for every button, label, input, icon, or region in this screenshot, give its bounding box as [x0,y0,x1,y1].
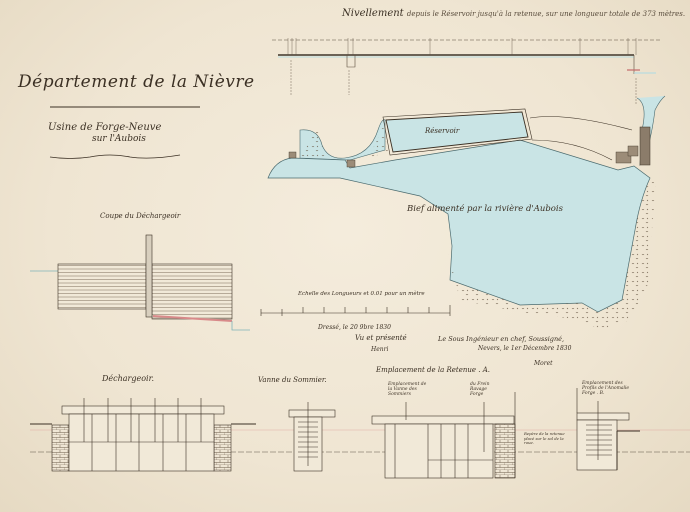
bief-label: Bief alimenté par la rivière d'Aubois [407,204,563,214]
engineer-note: Le Sous Ingénieur en chef, Soussigné, [438,335,564,343]
elevation-vanne [289,402,335,471]
drafted-date: Dressé, le 20 9bre 1830 [318,324,391,331]
leveling-title: Nivellement depuis le Réservoir jusqu'à … [342,8,685,19]
leveling-title-main: Nivellement [342,8,404,19]
elevation-emplacement-a [372,392,515,478]
section-coupe [30,235,250,330]
reservoir-label: Réservoir [425,127,459,135]
scale-label: Echelle des Longueurs et 0.01 pour un mè… [298,291,425,297]
emplacement-vanne-label: Emplacement de la Vanne des Sommiers [388,382,428,397]
leveling-profile [272,38,662,105]
dechargeoir-label: Déchargeoir. [102,374,154,383]
section-label: Coupe du Déchargeoir [100,212,180,220]
signature-presented: Vu et présenté [355,334,407,342]
emplacement-b-label: Emplacement des Profils de l'Anomalie Fo… [582,381,632,396]
leveling-title-detail: depuis le Réservoir jusqu'à la retenue, … [407,10,685,18]
elevation-emplacement-b [577,388,640,470]
signature-name: Henri [371,346,388,353]
vanne-label: Vanne du Sommier. [258,376,327,384]
river-name: sur l'Aubois [92,134,146,144]
department-title: Département de la Nièvre [18,72,255,92]
site-name: Usine de Forge-Neuve [48,122,161,133]
signature-engineer: Moret [534,360,553,367]
frein-label: du Frein Ravage Forge [470,382,500,397]
datum-note: Repère de la retenue placé sur le sol de… [524,432,574,446]
emplacement-a-label: Emplacement de la Retenue . A. [376,366,490,374]
scale-bar [261,305,450,316]
place-date: Nevers, le 1er Décembre 1830 [478,345,571,352]
map-sheet: Département de la Nièvre Usine de Forge-… [0,0,690,512]
